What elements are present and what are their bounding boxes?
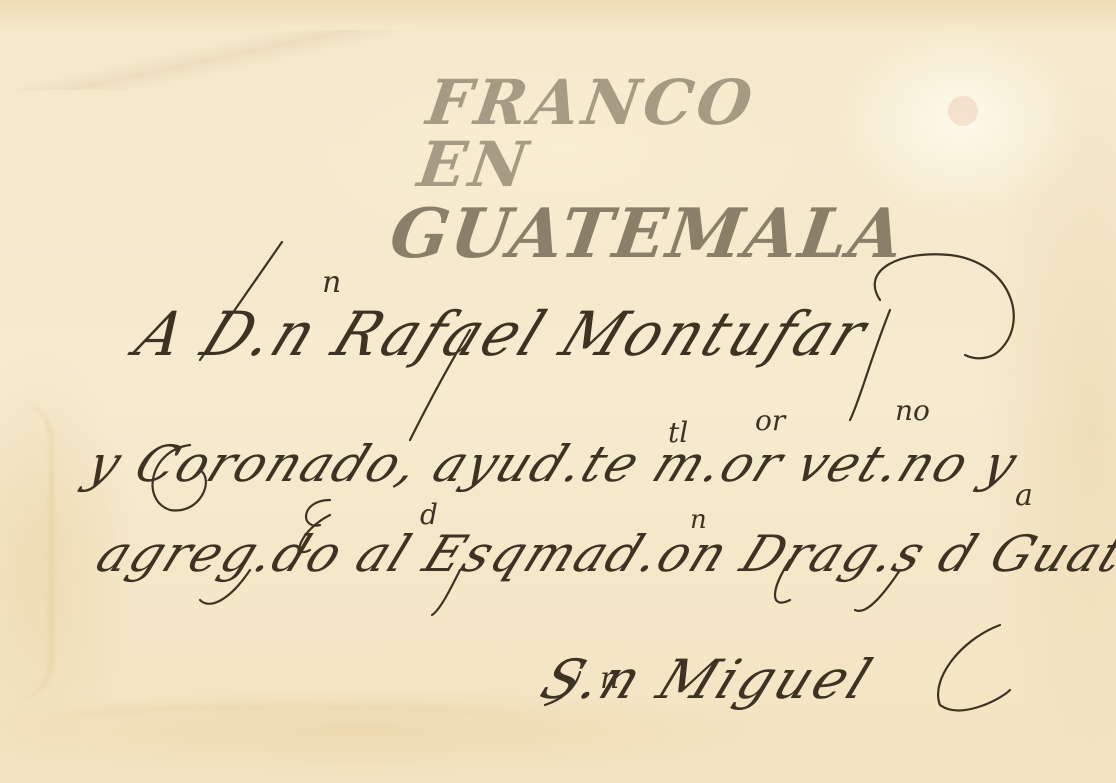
- superscript-no: no: [895, 394, 930, 427]
- stain-left-edge: [10, 400, 53, 700]
- paper-crease: [0, 30, 420, 90]
- address-line-2: y Coronado, ayud.te m.or vet.no y: [78, 435, 1027, 493]
- stain-bottom-edge: [60, 705, 520, 732]
- handstamp-line-2: GUATEMALA: [386, 200, 836, 268]
- address-line-1: A D.n Rafael Montufar: [126, 298, 880, 369]
- superscript-a: a: [1015, 478, 1033, 513]
- address-line-4-destination: S.n Miguel: [532, 648, 883, 711]
- superscript-or: or: [755, 404, 787, 437]
- foxing-spot: [948, 96, 978, 126]
- handstamp-line-1: FRANCO EN: [396, 72, 853, 196]
- address-line-3: agreg.do al Esqmad.on Drag.s d Guat.a: [88, 525, 1116, 583]
- flourish-final-loop: [938, 625, 1010, 710]
- postal-cover: FRANCO EN GUATEMALA A D.n Rafael Montufa…: [0, 0, 1116, 783]
- franco-handstamp: FRANCO EN GUATEMALA: [386, 72, 854, 268]
- superscript-n: n: [322, 265, 341, 300]
